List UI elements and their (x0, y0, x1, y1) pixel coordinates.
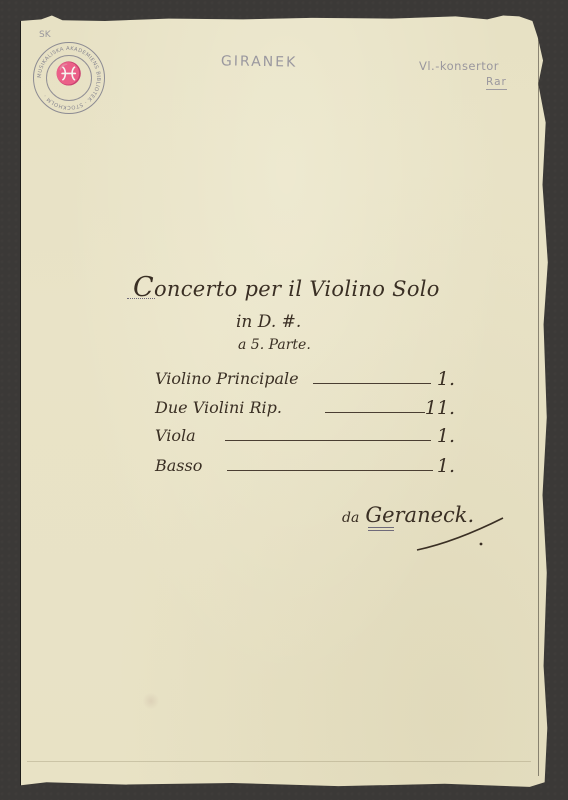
key-line: in D. #. (236, 312, 301, 332)
pencil-composer-note: GIRANEK (221, 53, 297, 70)
part-count: 1. (437, 455, 455, 477)
instrument-row: Due Violini Rip. 11. (155, 397, 455, 419)
part-count: 11. (425, 397, 455, 419)
instrument-row: Viola 1. (155, 425, 455, 447)
signature-underline (368, 527, 394, 531)
attribution-prefix: da (342, 510, 359, 526)
instrument-name: Violino Principale (155, 369, 299, 388)
part-count: 1. (437, 368, 455, 390)
instrument-name: Due Violini Rip. (155, 398, 282, 417)
instrument-row: Violino Principale 1. (155, 368, 455, 390)
parts-line: a 5. Parte. (238, 337, 311, 353)
title-text: oncerto per il Violino Solo (154, 277, 440, 301)
title-underline-dots (127, 298, 155, 299)
title-heading: Concerto per il Violino Solo (133, 272, 440, 303)
scan-background: SK MUSIKALISKA AKADEMIENS BIBLIOTEK · ST… (0, 0, 568, 800)
pencil-rar-note: Rar (486, 76, 507, 90)
leader-line (227, 470, 433, 471)
corner-pencil-mark: SK (39, 30, 51, 40)
library-stamp: MUSIKALISKA AKADEMIENS BIBLIOTEK · STOCK… (33, 42, 105, 114)
lyre-icon: ♓ (34, 62, 104, 87)
instrument-name: Basso (155, 456, 202, 475)
instrument-name: Viola (155, 426, 196, 445)
instrument-row: Basso 1. (155, 455, 455, 477)
signature-flourish (415, 514, 505, 554)
paper-stain (143, 692, 159, 710)
folded-bottom-edge (27, 761, 531, 780)
part-count: 1. (437, 425, 455, 447)
leader-line (325, 412, 425, 413)
pencil-genre-note: Vl.-konsertor (419, 59, 499, 73)
leader-line (313, 383, 431, 384)
leader-line (225, 440, 431, 441)
